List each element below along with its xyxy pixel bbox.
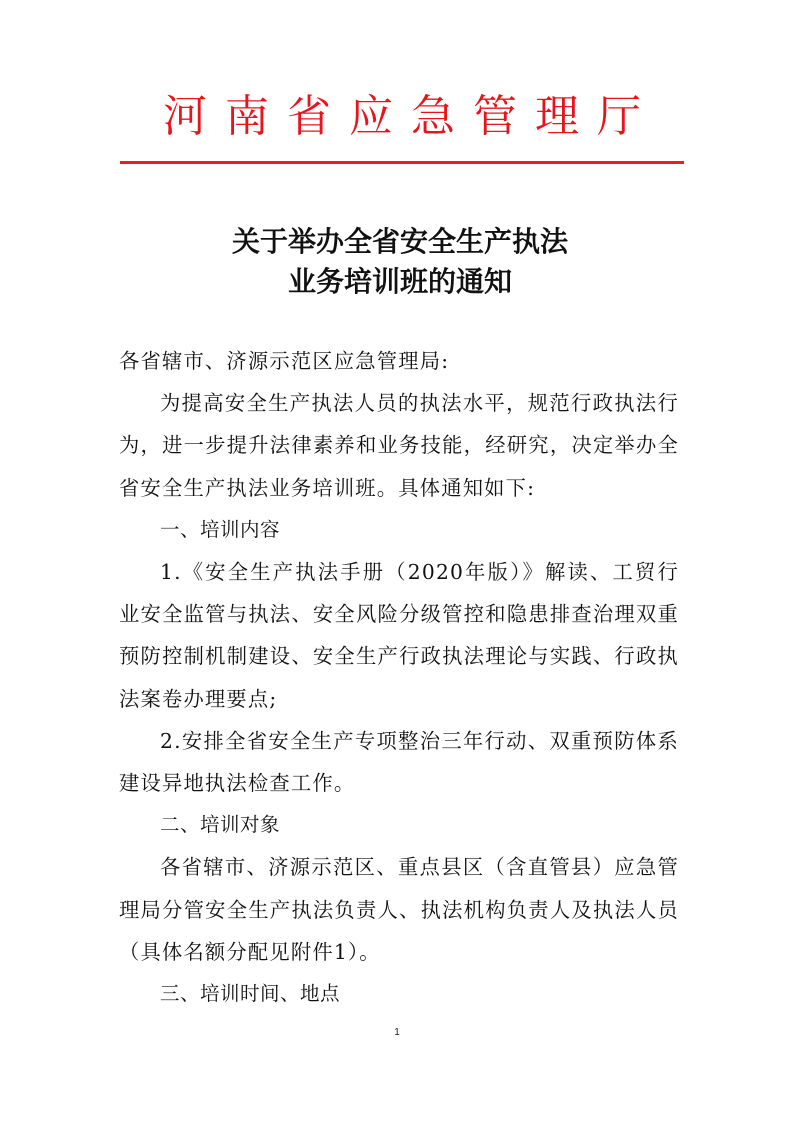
training-content-item-2: 2.安排全省安全生产专项整治三年行动、双重预防体系建设异地执法检查工作。 (119, 720, 679, 804)
intro-paragraph: 为提高安全生产执法人员的执法水平，规范行政执法行为，进一步提升法律素养和业务技能… (119, 382, 679, 509)
section-heading-training-content: 一、培训内容 (119, 509, 679, 551)
training-targets-paragraph: 各省辖市、济源示范区、重点县区（含直管县）应急管理局分管安全生产执法负责人、执法… (119, 846, 679, 973)
issuing-organization-header: 河南省应急管理厅 (120, 92, 684, 142)
page-number: 1 (380, 1027, 414, 1038)
document-title-line-2: 业务培训班的通知 (100, 262, 700, 302)
document-title: 关于举办全省安全生产执法 业务培训班的通知 (100, 222, 700, 302)
document-title-line-1: 关于举办全省安全生产执法 (100, 222, 700, 262)
section-heading-time-location: 三、培训时间、地点 (119, 973, 679, 1015)
training-content-item-1: 1.《安全生产执法手册（2020年版）》解读、工贸行业安全监管与执法、安全风险分… (119, 551, 679, 720)
salutation: 各省辖市、济源示范区应急管理局: (119, 340, 679, 382)
red-header-rule (120, 161, 684, 164)
section-heading-training-targets: 二、培训对象 (119, 804, 679, 846)
document-page: 河南省应急管理厅 关于举办全省安全生产执法 业务培训班的通知 各省辖市、济源示范… (0, 0, 793, 1122)
document-body: 各省辖市、济源示范区应急管理局: 为提高安全生产执法人员的执法水平，规范行政执法… (119, 340, 679, 1015)
